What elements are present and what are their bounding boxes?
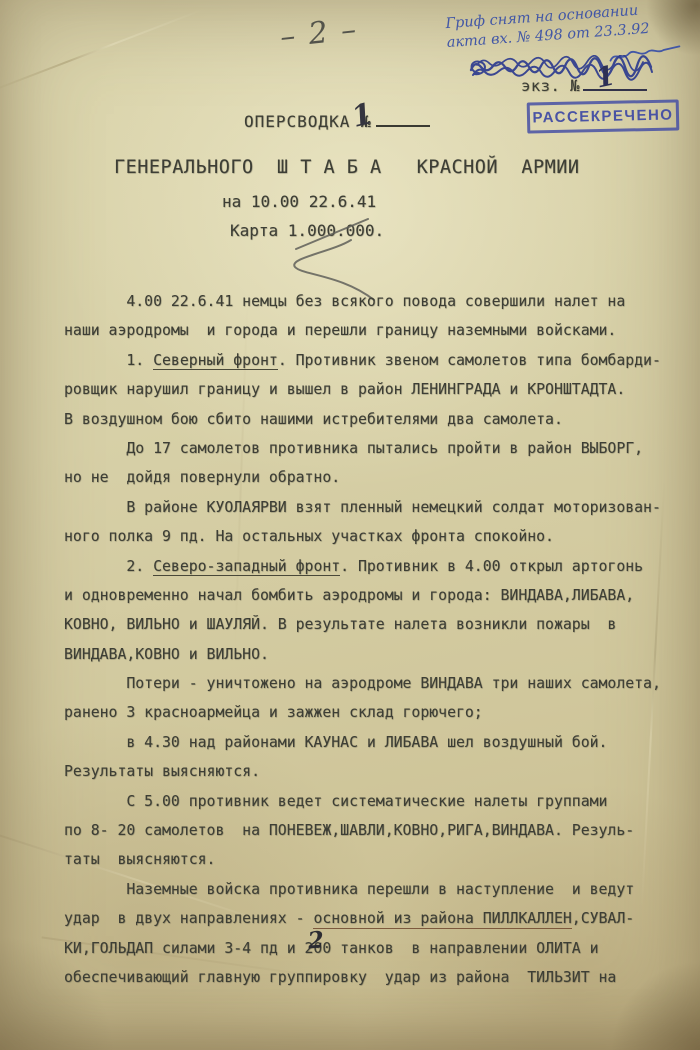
typed-line: таты выясняются.	[64, 845, 674, 874]
organization-line: ГЕНЕРАЛЬНОГО Ш Т А Б А КРАСНОЙ АРМИИ	[114, 157, 580, 178]
typed-text: Наземные войска противника перешли в нас…	[64, 881, 634, 898]
handwritten-correction: 2	[307, 926, 325, 954]
typed-text: обеспечивающий главную группировку удар …	[64, 969, 616, 986]
typed-text: Потери - уничтожено на аэродроме ВИНДАВА…	[64, 675, 661, 692]
typed-line: КОВНО, ВИЛЬНО и ШАУЛЯЙ. В результате нал…	[64, 610, 674, 639]
typed-line: В районе КУОЛАЯРВИ взят пленный немецкий…	[64, 493, 674, 522]
typed-text: В воздушном бою сбито нашими истребителя…	[64, 411, 563, 428]
typed-text: 4.00 22.6.41 немцы без всякого повода со…	[64, 293, 625, 310]
typed-line: С 5.00 противник ведет систематические н…	[64, 787, 674, 816]
typed-line: ного полка 9 пд. На остальных участках ф…	[64, 522, 674, 551]
typed-line: ВИНДАВА,КОВНО и ВИЛЬНО.	[64, 640, 674, 669]
typed-text: . Противник в 4.00 открыл артогонь	[340, 558, 643, 575]
typed-line: ранено 3 красноармейца и зажжен склад го…	[64, 698, 674, 727]
typed-line: 4.00 22.6.41 немцы без всякого повода со…	[64, 287, 674, 316]
copy-label: экз. №	[521, 77, 580, 95]
typed-text: С 5.00 противник ведет систематические н…	[64, 793, 607, 810]
report-number-underline	[376, 112, 430, 127]
paper-crease	[0, 9, 202, 97]
typed-text: но не дойдя повернули обратно.	[64, 469, 340, 486]
typed-line: Потери - уничтожено на аэродроме ВИНДАВА…	[64, 669, 674, 698]
document-body: 4.00 22.6.41 немцы без всякого повода со…	[64, 287, 674, 992]
typed-text: наши аэродромы и города и перешли границ…	[64, 322, 616, 339]
report-title-line: ОПЕРСВОДКА №	[244, 112, 430, 131]
typed-text: по 8- 20 самолетов на ПОНЕВЕЖ,ШАВЛИ,КОВН…	[64, 822, 634, 839]
typed-text: таты выясняются.	[64, 851, 215, 868]
typed-text: ного полка 9 пд. На остальных участках ф…	[64, 528, 554, 545]
declassified-stamp: РАССЕКРЕЧЕНО	[527, 99, 680, 133]
document-page: – 2 – Гриф снят на основании акта вх. № …	[0, 0, 700, 1050]
typed-line: в 4.30 над районами КАУНАС и ЛИБАВА шел …	[64, 728, 674, 757]
typed-line: Наземные войска противника перешли в нас…	[64, 875, 674, 904]
typed-line: В воздушном бою сбито нашими истребителя…	[64, 405, 674, 434]
copy-number-line: экз. №	[521, 76, 647, 95]
typed-text: В районе КУОЛАЯРВИ взят пленный немецкий…	[64, 499, 661, 516]
typed-line: ровщик нарушил границу и вышел в район Л…	[64, 375, 674, 404]
typed-text: ВИНДАВА,КОВНО и ВИЛЬНО.	[64, 646, 269, 663]
underlined-text: основной из района ПИЛЛКАЛЛЕН	[313, 910, 571, 929]
typed-text: 1.	[64, 352, 153, 369]
handwritten-page-number: – 2 –	[278, 12, 359, 55]
typed-text: . Противник звеном самолетов типа бомбар…	[278, 352, 661, 369]
typed-text: ранено 3 красноармейца и зажжен склад го…	[64, 704, 483, 721]
typed-text: удар в двух направлениях -	[64, 910, 313, 927]
typed-text: До 17 самолетов противника пытались прой…	[64, 440, 643, 457]
typed-line: и одновременно начал бомбить аэродромы и…	[64, 581, 674, 610]
typed-text: ,СУВАЛ-	[572, 910, 634, 927]
typed-line: До 17 самолетов противника пытались прой…	[64, 434, 674, 463]
typed-line: КИ,ГОЛЬДАП силами 3-4 пд и 200 танков в …	[64, 934, 674, 963]
typed-line: удар в двух направлениях - основной из р…	[64, 904, 674, 933]
typed-text: Результаты выясняются.	[64, 763, 260, 780]
declassification-note: Гриф снят на основании акта вх. № 498 от…	[445, 1, 650, 53]
typed-line: но не дойдя повернули обратно.	[64, 463, 674, 492]
typed-line: наши аэродромы и города и перешли границ…	[64, 316, 674, 345]
typed-line: 2. Северо-западный фронт. Противник в 4.…	[64, 552, 674, 581]
typed-text: в 4.30 над районами КАУНАС и ЛИБАВА шел …	[64, 734, 607, 751]
typed-text: КОВНО, ВИЛЬНО и ШАУЛЯЙ. В результате нал…	[64, 616, 616, 633]
typed-text: и одновременно начал бомбить аэродромы и…	[64, 587, 634, 604]
typed-line: по 8- 20 самолетов на ПОНЕВЕЖ,ШАВЛИ,КОВН…	[64, 816, 674, 845]
typed-line: обеспечивающий главную группировку удар …	[64, 963, 674, 992]
typed-line: Результаты выясняются.	[64, 757, 674, 786]
underlined-text: Северный фронт	[153, 352, 278, 371]
typed-text: ровщик нарушил границу и вышел в район Л…	[64, 381, 625, 398]
typed-line: 1. Северный фронт. Противник звеном само…	[64, 346, 674, 375]
underlined-text: Северо-западный фронт	[153, 558, 340, 577]
typed-text: КИ,ГОЛЬДАП силами 3-4 пд и 200 танков в …	[64, 940, 599, 957]
typed-text: 2.	[64, 558, 153, 575]
